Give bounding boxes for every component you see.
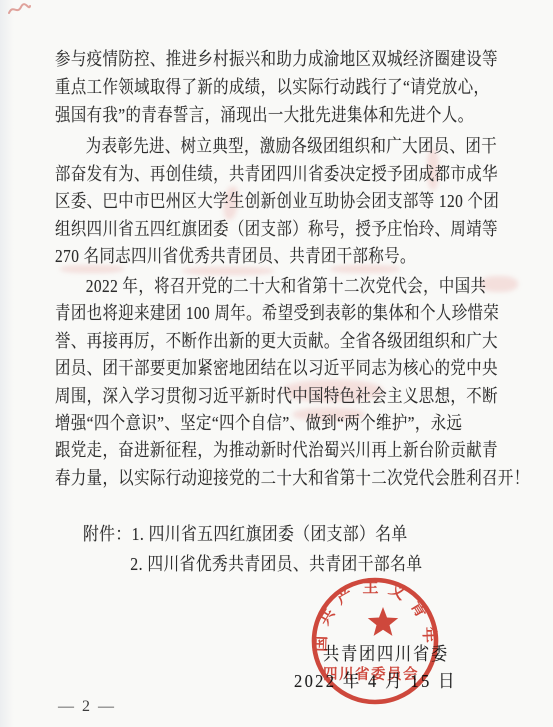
attachments-block: 附件：1. 四川省五四红旗团委（团支部）名单 2. 四川省优秀共青团员、共青团干… bbox=[83, 519, 423, 579]
page-number: — 2 — bbox=[58, 698, 116, 716]
text-line: 参与疫情防控、推进乡村振兴和助力成渝地区双城经济圈建设等 bbox=[55, 45, 498, 73]
paragraph-2: 为表彰先进、树立典型，激励各级团组织和广大团员、团干 部奋发有为、再创佳绩，共青… bbox=[55, 133, 499, 271]
text-line: 青团也将迎来建团 100 周年。希望受到表彰的集体和个人珍惜荣 bbox=[55, 300, 530, 327]
text-line: 部奋发有为、再创佳绩，共青团四川省委决定授予团成都市成华 bbox=[55, 161, 499, 189]
text-line: 春力量，以实际行动迎接党的二十大和省第十二次党代会胜利召开！ bbox=[55, 465, 530, 492]
seal-ring bbox=[314, 580, 436, 702]
text-line: 组织四川省五四红旗团委（团支部）称号，授予庄怡玲、周靖等 bbox=[55, 216, 499, 244]
text-line: 团员、团干部要更加紧密地团结在以习近平同志为核心的党中央 bbox=[55, 355, 530, 382]
text-line: 重点工作领域取得了新的成绩，以实际行动践行了“请党放心， bbox=[55, 73, 498, 101]
paragraph-1: 参与疫情防控、推进乡村振兴和助力成渝地区双城经济圈建设等 重点工作领域取得了新的… bbox=[55, 45, 498, 129]
seal-bottom-text: 四川省委员会 bbox=[323, 665, 419, 683]
svg-text:中国共产主义青年团: 中国共产主义青年团 bbox=[305, 575, 439, 652]
text-line: 270 名同志四川省优秀共青团员、共青团干部称号。 bbox=[55, 243, 499, 271]
official-seal: 中国共产主义青年团 四川省委员会 bbox=[305, 575, 445, 715]
paragraph-3: 2022 年，将召开党的二十大和省第十二次党代会，中国共 青团也将迎来建团 10… bbox=[55, 273, 530, 492]
attachment-item-1: 1. 四川省五四红旗团委（团支部）名单 bbox=[132, 524, 408, 544]
text-line: 2022 年，将召开党的二十大和省第十二次党代会，中国共 bbox=[55, 273, 530, 300]
text-line: 跟党走，奋进新征程，为推动新时代治蜀兴川再上新台阶贡献青 bbox=[55, 437, 530, 464]
text-line: 区委、巴中市巴州区大学生创新创业互助协会团支部等 120 个团 bbox=[55, 188, 499, 216]
text-line: 誉、再接再厉，不断作出新的更大贡献。全省各级团组织和广大 bbox=[55, 328, 530, 355]
text-line: 为表彰先进、树立典型，激励各级团组织和广大团员、团干 bbox=[55, 133, 499, 161]
attachments-label: 附件： bbox=[83, 524, 132, 544]
attachment-line-1: 附件：1. 四川省五四红旗团委（团支部）名单 bbox=[83, 519, 423, 549]
text-line: 增强“四个意识”、坚定“四个自信”、做到“两个维护”，永远 bbox=[55, 410, 530, 437]
text-line: 强国有我”的青春誓言，涌现出一大批先进集体和先进个人。 bbox=[55, 101, 498, 129]
scanned-document-page: 参与疫情防控、推进乡村振兴和助力成渝地区双城经济圈建设等 重点工作领域取得了新的… bbox=[0, 0, 553, 727]
handwritten-red-mark bbox=[8, 2, 32, 18]
text-line: 周围，深入学习贯彻习近平新时代中国特色社会主义思想，不断 bbox=[55, 383, 530, 410]
attachment-item-2: 2. 四川省优秀共青团员、共青团干部名单 bbox=[130, 554, 422, 574]
star-icon bbox=[368, 607, 398, 636]
seal-ring-text: 中国共产主义青年团 bbox=[305, 575, 439, 652]
